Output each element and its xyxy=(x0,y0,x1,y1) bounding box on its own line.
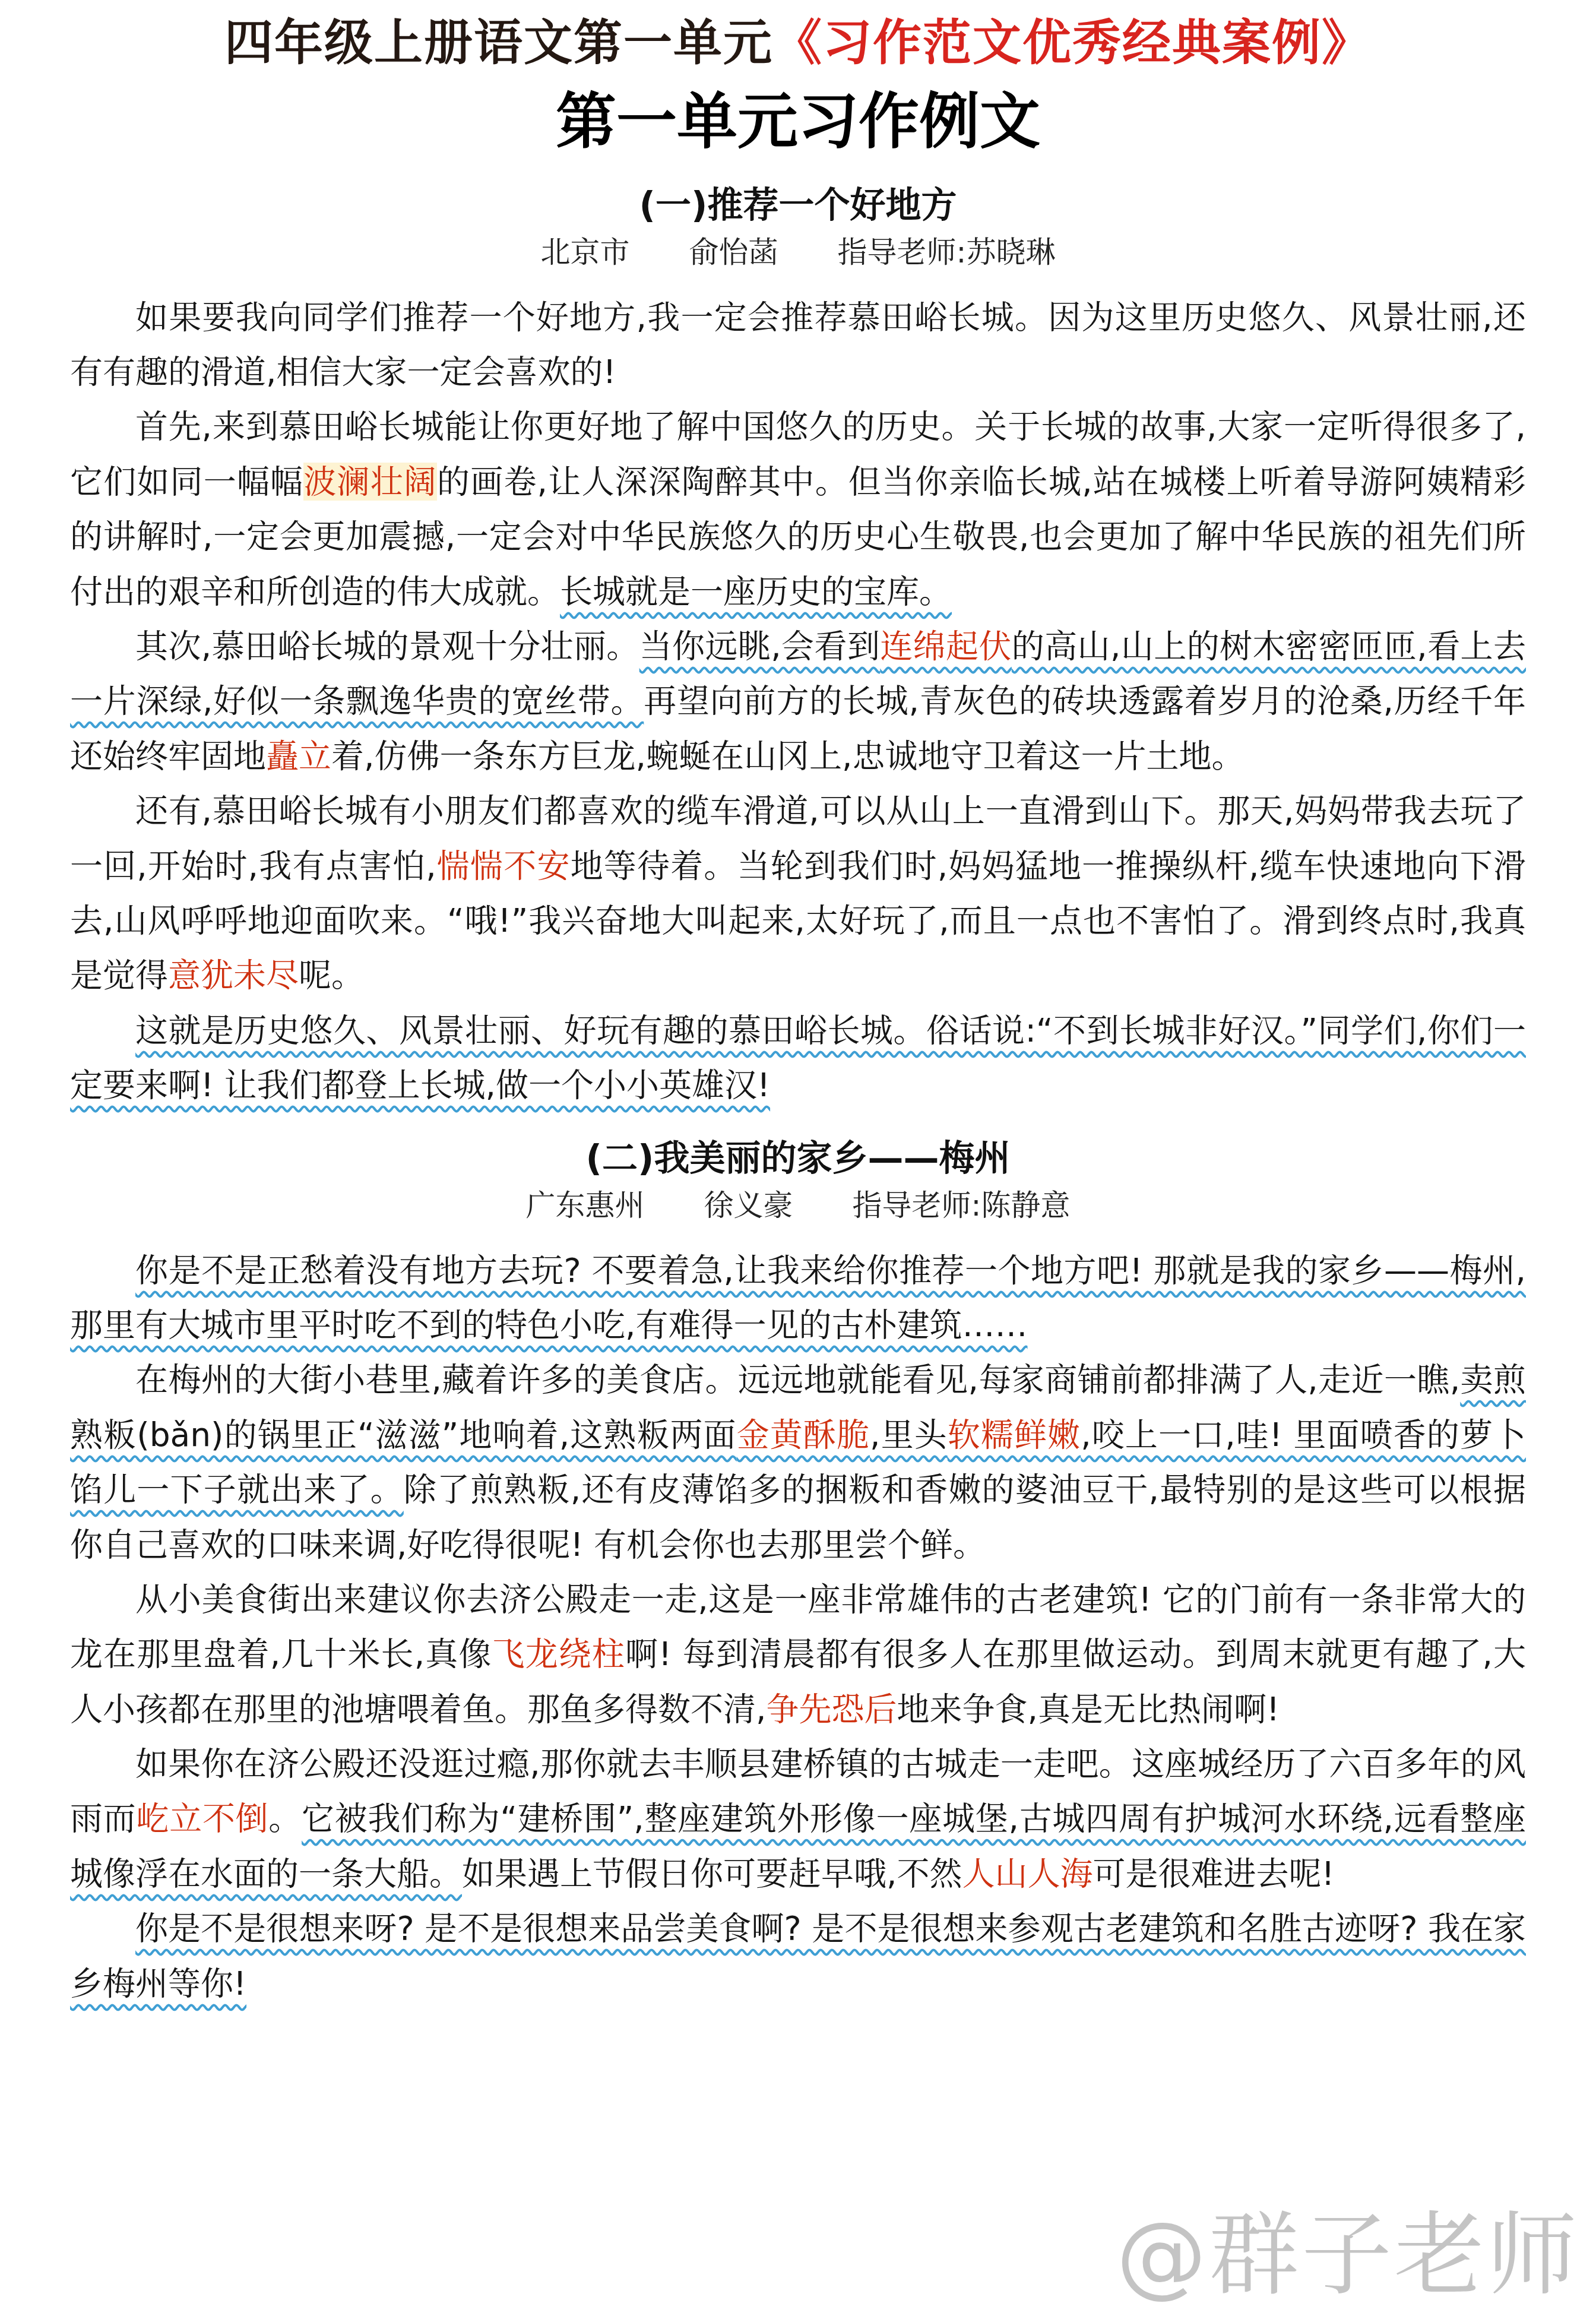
text-run: 可是很难进去呢! xyxy=(1093,1855,1335,1893)
wavy-underline-run: 这就是历史悠久、风景壮丽、好玩有趣的慕田峪长城。俗话说:“不到长城非好汉。”同学… xyxy=(70,1011,1526,1104)
keyword-red-run: 飞龙绕柱 xyxy=(492,1635,625,1673)
body-paragraph: 在梅州的大街小巷里,藏着许多的美食店。远远地就能看见,每家商铺前都排满了人,走近… xyxy=(70,1352,1526,1572)
essay-section: (二)我美丽的家乡——梅州广东惠州 徐义豪 指导老师:陈静意你是不是正愁着没有地… xyxy=(70,1135,1526,2011)
wavy-underline-run: 长城就是一座历史的宝库。 xyxy=(560,572,952,610)
body-paragraph: 从小美食街出来建议你去济公殿走一走,这是一座非常雄伟的古老建筑! 它的门前有一条… xyxy=(70,1572,1526,1736)
body-paragraph: 这就是历史悠久、风景壮丽、好玩有趣的慕田峪长城。俗话说:“不到长城非好汉。”同学… xyxy=(70,1003,1526,1113)
essay-byline: 北京市 俞怡菡 指导老师:苏晓琳 xyxy=(70,233,1526,272)
text-run: 在梅州的大街小巷里,藏着许多的美食店。远远地就能看见,每家商铺前都排满了人,走近… xyxy=(135,1361,1460,1399)
text-run: 着,仿佛一条东方巨龙,蜿蜒在山冈上,忠诚地守卫着这一片土地。 xyxy=(331,737,1244,775)
wavy-underline-run: 当你远眺,会看到 xyxy=(639,627,881,665)
body-paragraph: 如果你在济公殿还没逛过瘾,那你就去丰顺县建桥镇的古城走一走吧。这座城经历了六百多… xyxy=(70,1736,1526,1901)
keyword-red-run: 屹立不倒 xyxy=(136,1799,268,1837)
essay-heading: (二)我美丽的家乡——梅州 xyxy=(70,1135,1526,1182)
unit-title-highlight: 《习作范文优秀经典案例》 xyxy=(773,15,1372,71)
keyword-red-highlight-run: 波澜壮阔 xyxy=(303,463,437,501)
body-paragraph: 首先,来到慕田峪长城能让你更好地了解中国悠久的历史。关于长城的故事,大家一定听得… xyxy=(70,399,1526,619)
keyword-red-wavy-run: 连绵起伏 xyxy=(880,627,1012,665)
wavy-underline-run: ,里头 xyxy=(870,1416,948,1454)
keyword-red-run: 争先恐后 xyxy=(766,1690,897,1728)
body-paragraph: 还有,慕田峪长城有小朋友们都喜欢的缆车滑道,可以从山上一直滑到山下。那天,妈妈带… xyxy=(70,783,1526,1003)
text-run: 如果要我向同学们推荐一个好地方,我一定会推荐慕田峪长城。因为这里历史悠久、风景壮… xyxy=(70,298,1526,391)
text-run: 呢。 xyxy=(299,956,364,994)
keyword-red-run: 矗立 xyxy=(266,737,331,775)
document-page: 四年级上册语文第一单元《习作范文优秀经典案例》 第一单元习作例文 (一)推荐一个… xyxy=(0,0,1596,2011)
essay-section: (一)推荐一个好地方北京市 俞怡菡 指导老师:苏晓琳如果要我向同学们推荐一个好地… xyxy=(70,182,1526,1113)
body-paragraph: 你是不是很想来呀? 是不是很想来品尝美食啊? 是不是很想来参观古老建筑和名胜古迹… xyxy=(70,1901,1526,2011)
keyword-red-wavy-run: 金黄酥脆 xyxy=(737,1416,870,1454)
text-run: 地来争食,真是无比热闹啊! xyxy=(897,1690,1280,1728)
text-run: 如果遇上节假日你可要赶早哦,不然 xyxy=(462,1855,962,1893)
essay-list: (一)推荐一个好地方北京市 俞怡菡 指导老师:苏晓琳如果要我向同学们推荐一个好地… xyxy=(70,182,1526,2011)
body-paragraph: 你是不是正愁着没有地方去玩? 不要着急,让我来给你推荐一个地方吧! 那就是我的家… xyxy=(70,1243,1526,1353)
essay-heading: (一)推荐一个好地方 xyxy=(70,182,1526,229)
body-paragraph: 如果要我向同学们推荐一个好地方,我一定会推荐慕田峪长城。因为这里历史悠久、风景壮… xyxy=(70,290,1526,400)
essay-byline: 广东惠州 徐义豪 指导老师:陈静意 xyxy=(70,1187,1526,1225)
wavy-underline-run: 你是不是正愁着没有地方去玩? 不要着急,让我来给你推荐一个地方吧! 那就是我的家… xyxy=(70,1251,1526,1344)
wavy-underline-run: 你是不是很想来呀? 是不是很想来品尝美食啊? 是不是很想来参观古老建筑和名胜古迹… xyxy=(70,1909,1526,2002)
watermark-text: @群子老师 xyxy=(1116,2183,1579,2312)
body-paragraph: 其次,慕田峪长城的景观十分壮丽。当你远眺,会看到连绵起伏的高山,山上的树木密密匝… xyxy=(70,619,1526,783)
keyword-red-wavy-run: 软糯鲜嫩 xyxy=(948,1416,1081,1454)
doc-title: 第一单元习作例文 xyxy=(70,87,1526,159)
unit-title-text: 四年级上册语文第一单元 xyxy=(224,15,773,71)
keyword-red-run: 人山人海 xyxy=(962,1855,1093,1893)
keyword-red-run: 意犹未尽 xyxy=(168,956,299,994)
unit-title: 四年级上册语文第一单元《习作范文优秀经典案例》 xyxy=(70,15,1526,71)
text-run: 其次,慕田峪长城的景观十分壮丽。 xyxy=(135,627,639,665)
text-run: 。 xyxy=(268,1799,302,1837)
keyword-red-run: 惴惴不安 xyxy=(436,847,571,885)
